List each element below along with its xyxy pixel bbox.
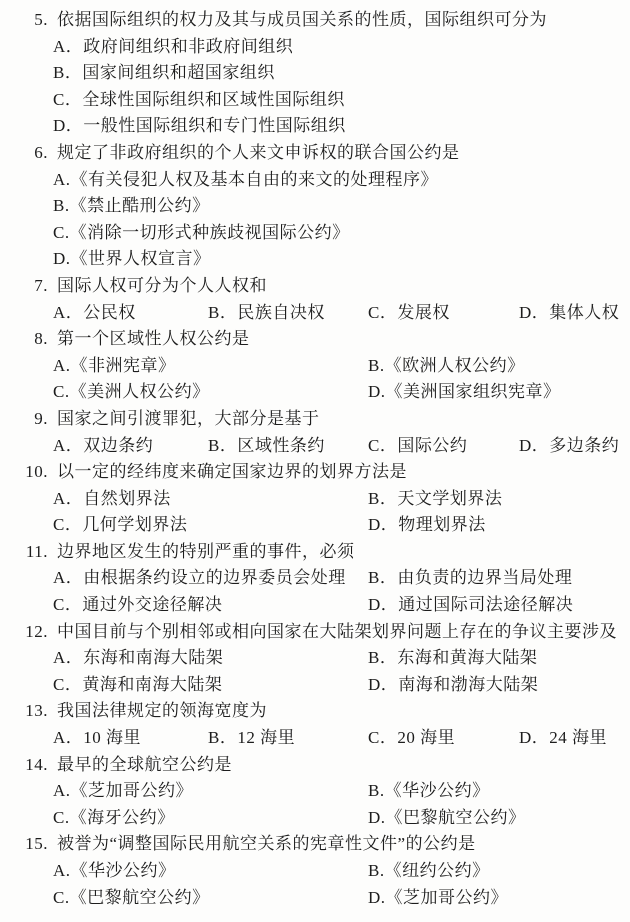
option: C．几何学划界法 — [53, 512, 368, 539]
question-number: 10. — [0, 459, 48, 486]
question-line: 5.依据国际组织的权力及其与成员国关系的性质，国际组织可分为 — [0, 7, 630, 34]
question-line: 14.最早的全球航空公约是 — [0, 752, 630, 779]
option: B．12 海里 — [208, 725, 368, 752]
question-number: 12. — [0, 619, 48, 646]
option: D．南海和渤海大陆架 — [368, 672, 630, 699]
question-item: 13.我国法律规定的领海宽度为A．10 海里B．12 海里C．20 海里D．24… — [0, 698, 630, 751]
option: D.《巴黎航空公约》 — [368, 805, 630, 832]
question-item: 9.国家之间引渡罪犯，大部分是基于A．双边条约B．区域性条约C．国际公约D．多边… — [0, 406, 630, 459]
option: A．公民权 — [53, 300, 208, 327]
question-number: 8. — [0, 326, 48, 353]
option: A．自然划界法 — [53, 486, 368, 513]
option-group: A.《芝加哥公约》B.《华沙公约》C.《海牙公约》D.《巴黎航空公约》 — [0, 778, 630, 831]
question-line: 7.国际人权可分为个人人权和 — [0, 273, 630, 300]
option-group: A．10 海里B．12 海里C．20 海里D．24 海里 — [0, 725, 630, 752]
option: A．由根据条约设立的边界委员会处理 — [53, 565, 368, 592]
question-number: 13. — [0, 698, 48, 725]
option: C．全球性国际组织和区域性国际组织 — [53, 87, 630, 114]
question-item: 10.以一定的经纬度来确定国家边界的划界方法是A．自然划界法B．天文学划界法C．… — [0, 459, 630, 539]
option: B．国家间组织和超国家组织 — [53, 60, 630, 87]
option: A．10 海里 — [53, 725, 208, 752]
question-number: 7. — [0, 273, 48, 300]
option: D．集体人权 — [519, 300, 630, 327]
option-group: A．政府间组织和非政府间组织B．国家间组织和超国家组织C．全球性国际组织和区域性… — [0, 34, 630, 140]
question-text: 我国法律规定的领海宽度为 — [57, 701, 267, 720]
option: B．东海和黄海大陆架 — [368, 645, 630, 672]
question-list: 5.依据国际组织的权力及其与成员国关系的性质，国际组织可分为A．政府间组织和非政… — [0, 7, 630, 911]
option: A.《非洲宪章》 — [53, 353, 368, 380]
option: C.《海牙公约》 — [53, 805, 368, 832]
option: C.《消除一切形式种族歧视国际公约》 — [53, 220, 630, 247]
question-item: 7.国际人权可分为个人人权和A．公民权B．民族自决权C．发展权D．集体人权 — [0, 273, 630, 326]
question-item: 8.第一个区域性人权公约是A.《非洲宪章》B.《欧洲人权公约》C.《美洲人权公约… — [0, 326, 630, 406]
option-group: A．自然划界法B．天文学划界法C．几何学划界法D．物理划界法 — [0, 486, 630, 539]
option-group: A．公民权B．民族自决权C．发展权D．集体人权 — [0, 300, 630, 327]
option: D.《世界人权宣言》 — [53, 246, 630, 273]
option: D．一般性国际组织和专门性国际组织 — [53, 113, 630, 140]
option: C．通过外交途径解决 — [53, 592, 368, 619]
question-text: 以一定的经纬度来确定国家边界的划界方法是 — [57, 462, 407, 481]
option: A.《华沙公约》 — [53, 858, 368, 885]
question-number: 15. — [0, 831, 48, 858]
option-group: A.《有关侵犯人权及基本自由的来文的处理程序》B.《禁止酷刑公约》C.《消除一切… — [0, 167, 630, 273]
option: C.《巴黎航空公约》 — [53, 885, 368, 912]
question-line: 8.第一个区域性人权公约是 — [0, 326, 630, 353]
question-item: 6.规定了非政府组织的个人来文申诉权的联合国公约是A.《有关侵犯人权及基本自由的… — [0, 140, 630, 273]
option: D．通过国际司法途径解决 — [368, 592, 630, 619]
option: B.《纽约公约》 — [368, 858, 630, 885]
option: A．双边条约 — [53, 433, 208, 460]
option-group: A.《非洲宪章》B.《欧洲人权公约》C.《美洲人权公约》D.《美洲国家组织宪章》 — [0, 353, 630, 406]
question-number: 5. — [0, 7, 48, 34]
question-text: 国际人权可分为个人人权和 — [57, 276, 267, 295]
option: D.《美洲国家组织宪章》 — [368, 379, 630, 406]
question-item: 15.被誉为“调整国际民用航空关系的宪章性文件”的公约是A.《华沙公约》B.《纽… — [0, 831, 630, 911]
option-group: A．双边条约B．区域性条约C．国际公约D．多边条约 — [0, 433, 630, 460]
question-line: 13.我国法律规定的领海宽度为 — [0, 698, 630, 725]
option: D．物理划界法 — [368, 512, 630, 539]
question-number: 6. — [0, 140, 48, 167]
question-number: 9. — [0, 406, 48, 433]
option: B．民族自决权 — [208, 300, 368, 327]
option: D.《芝加哥公约》 — [368, 885, 630, 912]
question-number: 14. — [0, 752, 48, 779]
question-line: 6.规定了非政府组织的个人来文申诉权的联合国公约是 — [0, 140, 630, 167]
option: B.《欧洲人权公约》 — [368, 353, 630, 380]
question-text: 最早的全球航空公约是 — [57, 755, 232, 774]
question-text: 被誉为“调整国际民用航空关系的宪章性文件”的公约是 — [57, 834, 476, 853]
option: C．20 海里 — [368, 725, 519, 752]
option: B．由负责的边界当局处理 — [368, 565, 630, 592]
question-line: 15.被誉为“调整国际民用航空关系的宪章性文件”的公约是 — [0, 831, 630, 858]
option: B.《华沙公约》 — [368, 778, 630, 805]
option-group: A．东海和南海大陆架B．东海和黄海大陆架C．黄海和南海大陆架D．南海和渤海大陆架 — [0, 645, 630, 698]
option: B．天文学划界法 — [368, 486, 630, 513]
question-line: 10.以一定的经纬度来确定国家边界的划界方法是 — [0, 459, 630, 486]
option: C．黄海和南海大陆架 — [53, 672, 368, 699]
question-item: 5.依据国际组织的权力及其与成员国关系的性质，国际组织可分为A．政府间组织和非政… — [0, 7, 630, 140]
question-text: 依据国际组织的权力及其与成员国关系的性质，国际组织可分为 — [57, 10, 547, 29]
option: C．国际公约 — [368, 433, 519, 460]
question-text: 第一个区域性人权公约是 — [57, 329, 250, 348]
question-item: 14.最早的全球航空公约是A.《芝加哥公约》B.《华沙公约》C.《海牙公约》D.… — [0, 752, 630, 832]
option: C.《美洲人权公约》 — [53, 379, 368, 406]
question-number: 11. — [0, 539, 48, 566]
question-text: 中国目前与个别相邻或相向国家在大陆架划界问题上存在的争议主要涉及 — [57, 622, 617, 641]
exam-page: 5.依据国际组织的权力及其与成员国关系的性质，国际组织可分为A．政府间组织和非政… — [0, 0, 630, 911]
option: D．多边条约 — [519, 433, 630, 460]
option: A.《有关侵犯人权及基本自由的来文的处理程序》 — [53, 167, 630, 194]
option: A．东海和南海大陆架 — [53, 645, 368, 672]
option: B.《禁止酷刑公约》 — [53, 193, 630, 220]
option-group: A．由根据条约设立的边界委员会处理B．由负责的边界当局处理C．通过外交途径解决D… — [0, 565, 630, 618]
question-line: 12.中国目前与个别相邻或相向国家在大陆架划界问题上存在的争议主要涉及 — [0, 619, 630, 646]
question-text: 规定了非政府组织的个人来文申诉权的联合国公约是 — [57, 143, 460, 162]
question-line: 9.国家之间引渡罪犯，大部分是基于 — [0, 406, 630, 433]
question-item: 11.边界地区发生的特别严重的事件，必须A．由根据条约设立的边界委员会处理B．由… — [0, 539, 630, 619]
option: D．24 海里 — [519, 725, 630, 752]
option-group: A.《华沙公约》B.《纽约公约》C.《巴黎航空公约》D.《芝加哥公约》 — [0, 858, 630, 911]
option: A.《芝加哥公约》 — [53, 778, 368, 805]
option: B．区域性条约 — [208, 433, 368, 460]
question-item: 12.中国目前与个别相邻或相向国家在大陆架划界问题上存在的争议主要涉及A．东海和… — [0, 619, 630, 699]
option: C．发展权 — [368, 300, 519, 327]
question-text: 国家之间引渡罪犯，大部分是基于 — [57, 409, 320, 428]
question-text: 边界地区发生的特别严重的事件，必须 — [57, 542, 355, 561]
option: A．政府间组织和非政府间组织 — [53, 34, 630, 61]
question-line: 11.边界地区发生的特别严重的事件，必须 — [0, 539, 630, 566]
